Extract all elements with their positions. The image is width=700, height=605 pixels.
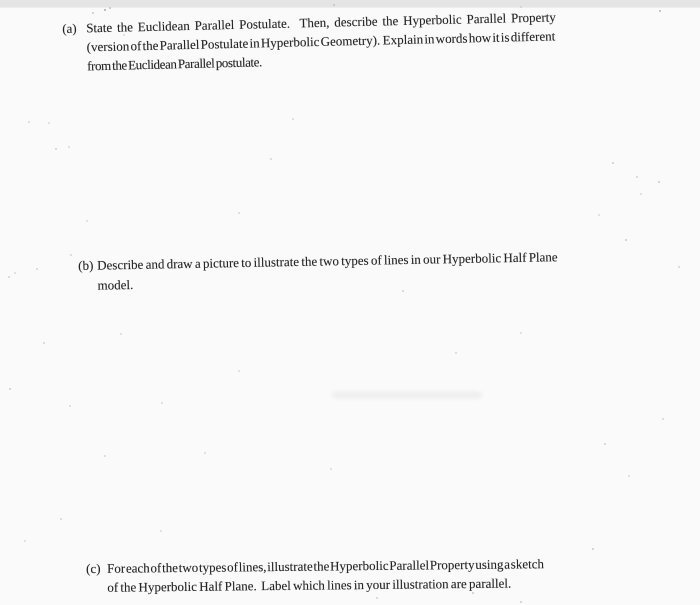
question-part-c: (c) For each of the two types of lines, … [86,554,544,597]
question-a-label: (a) [62,19,77,38]
question-c-label: (c) [86,559,101,578]
question-b-text: Describe and draw a picture to illustrat… [97,247,558,295]
question-a-text: State the Euclidean Parallel Postulate. … [86,7,557,75]
question-c-line-2: of the Hyperbolic Half Plane. Label whic… [107,573,544,597]
question-b-label: (b) [78,256,94,276]
question-part-b: (b) Describe and draw a picture to illus… [78,247,558,296]
scanner-smudge [332,392,482,398]
scanned-page: (a) State the Euclidean Parallel Postula… [0,0,700,605]
question-c-text: For each of the two types of lines, illu… [107,554,544,597]
question-part-a: (a) State the Euclidean Parallel Postula… [62,7,557,76]
scan-edge-strip [0,0,700,8]
